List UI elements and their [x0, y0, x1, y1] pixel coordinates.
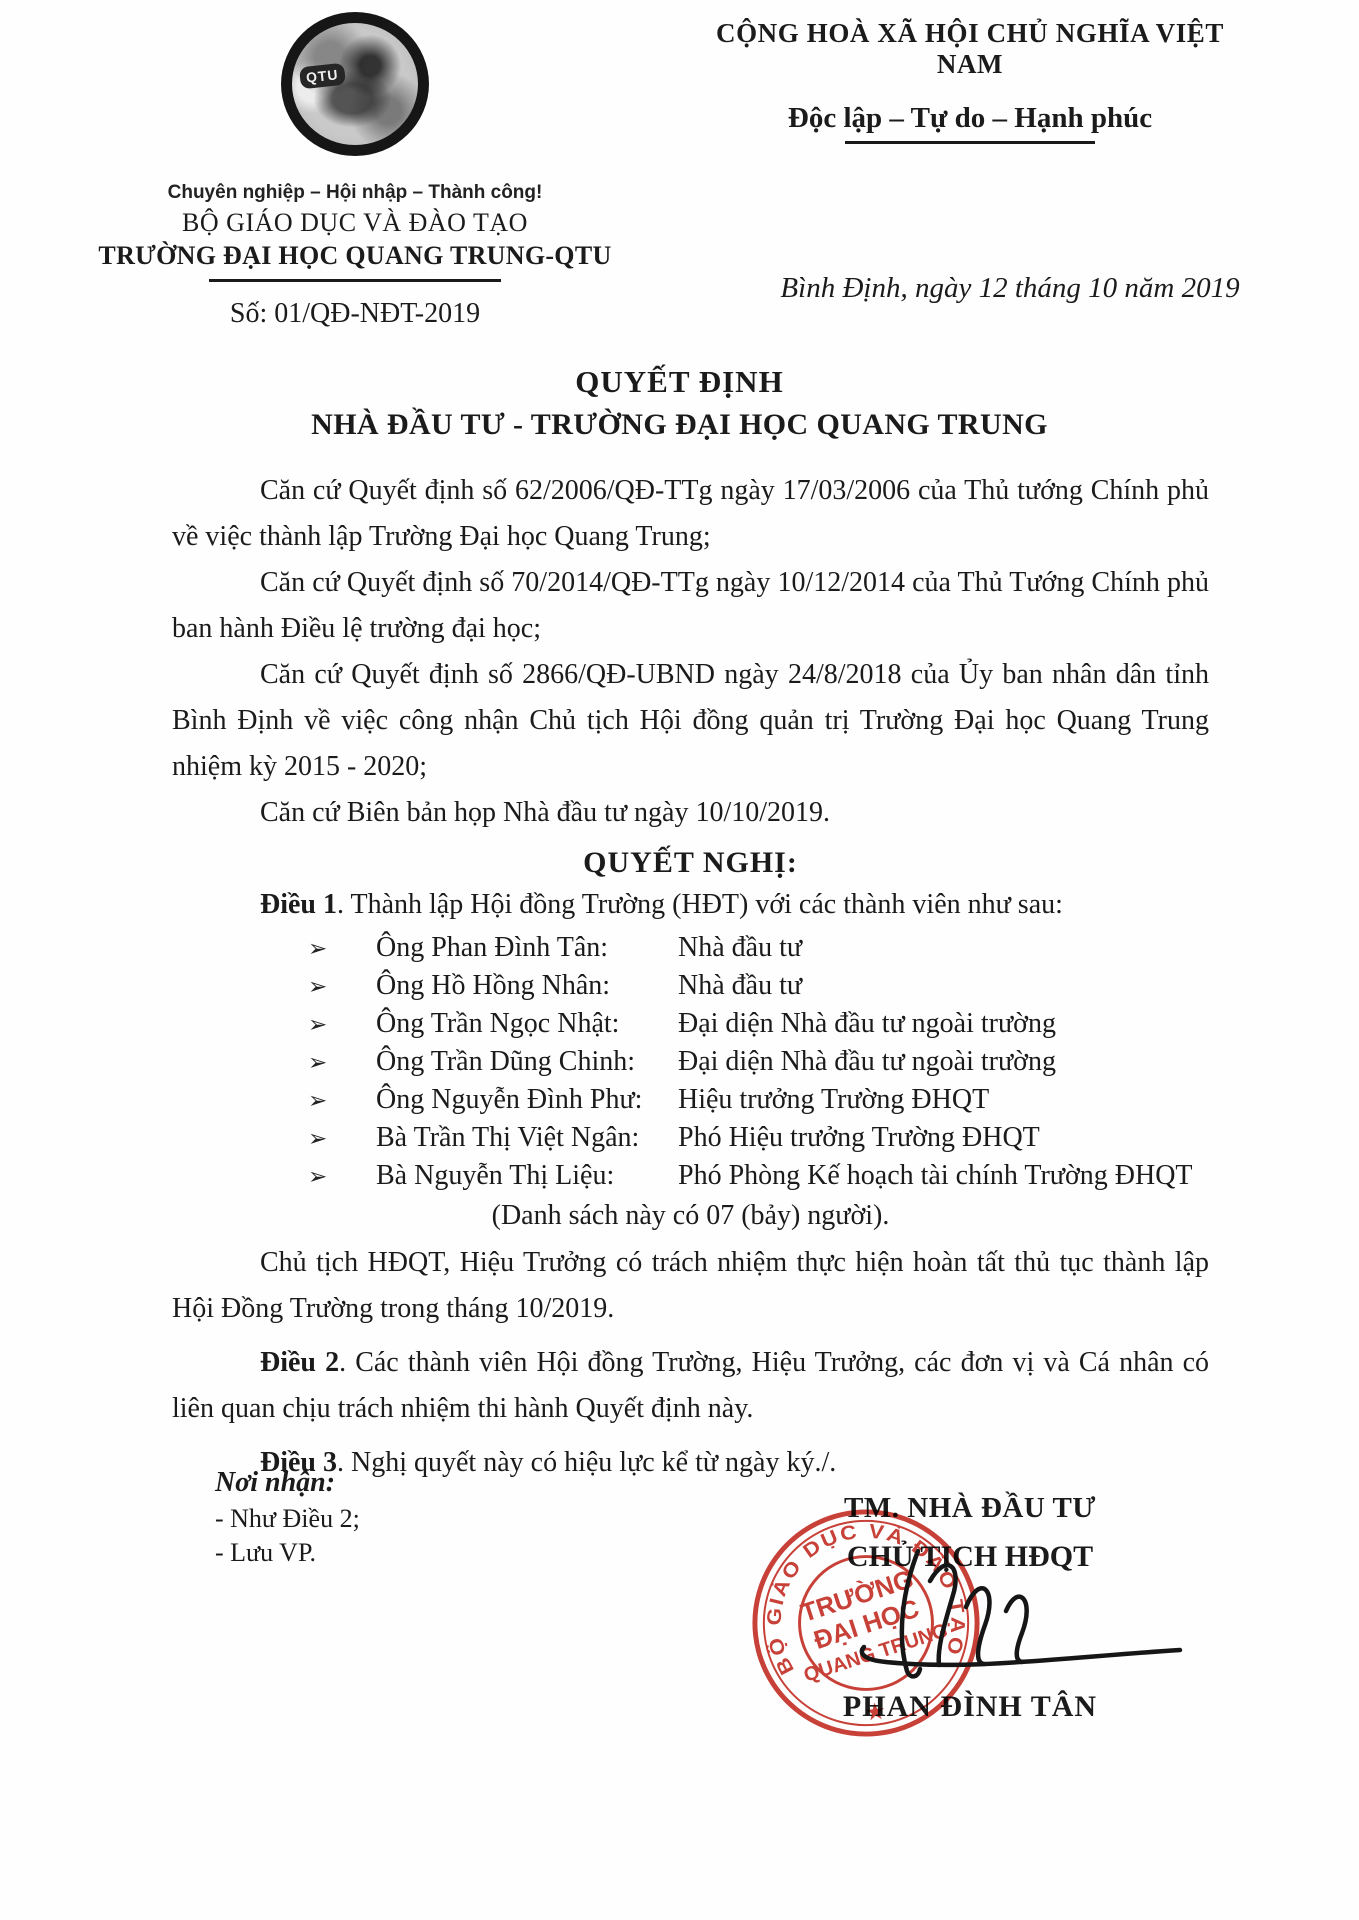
org-underline [209, 279, 501, 282]
preamble-paragraph: Căn cứ Quyết định số 2866/QĐ-UBND ngày 2… [172, 652, 1209, 790]
handwritten-signature [768, 1545, 1192, 1697]
member-role: Hiệu trưởng Trường ĐHQT [678, 1083, 1209, 1117]
arrow-bullet-icon: ➢ [308, 1122, 376, 1156]
arrow-bullet-icon: ➢ [308, 1008, 376, 1042]
motto-underline [845, 141, 1095, 144]
document-header: QTU Chuyên nghiệp – Hội nhập – Thành côn… [0, 0, 1359, 330]
member-role: Đại diện Nhà đầu tư ngoài trường [678, 1007, 1209, 1041]
article-2-label: Điều 2 [260, 1347, 339, 1378]
list-item: ➢ Ông Trần Ngọc Nhật: Đại diện Nhà đầu t… [308, 1007, 1209, 1042]
list-item: ➢ Ông Trần Dũng Chinh: Đại diện Nhà đầu … [308, 1045, 1209, 1080]
arrow-bullet-icon: ➢ [308, 1084, 376, 1118]
member-role: Phó Phòng Kế hoạch tài chính Trường ĐHQT [678, 1159, 1209, 1193]
list-item: ➢ Ông Phan Đình Tân: Nhà đầu tư [308, 931, 1209, 966]
title-line-1: QUYẾT ĐỊNH [0, 364, 1359, 400]
preamble-paragraph: Căn cứ Quyết định số 62/2006/QĐ-TTg ngày… [172, 468, 1209, 560]
member-name: Ông Hồ Hồng Nhân: [376, 969, 678, 1003]
university-logo: QTU [281, 12, 429, 156]
article-3-text: . Nghị quyết này có hiệu lực kể từ ngày … [337, 1447, 836, 1478]
stamp-star-icon: ★ [863, 1699, 887, 1727]
ministry-name: BỘ GIÁO DỤC VÀ ĐÀO TẠO [10, 208, 700, 238]
logo-qtu-label: QTU [299, 63, 346, 90]
list-item: ➢ Ông Hồ Hồng Nhân: Nhà đầu tư [308, 969, 1209, 1004]
document-body: Căn cứ Quyết định số 62/2006/QĐ-TTg ngày… [0, 442, 1359, 1486]
arrow-bullet-icon: ➢ [308, 970, 376, 1004]
title-line-2: NHÀ ĐẦU TƯ - TRƯỜNG ĐẠI HỌC QUANG TRUNG [0, 408, 1359, 442]
recipient-item: - Như Điều 2; [215, 1502, 360, 1536]
national-title: CỘNG HOÀ XÃ HỘI CHỦ NGHĨA VIỆT NAM [700, 18, 1240, 80]
member-name: Ông Trần Ngọc Nhật: [376, 1007, 678, 1041]
arrow-bullet-icon: ➢ [308, 932, 376, 966]
arrow-bullet-icon: ➢ [308, 1046, 376, 1080]
member-role: Đại diện Nhà đầu tư ngoài trường [678, 1045, 1209, 1079]
university-slogan: Chuyên nghiệp – Hội nhập – Thành công! [10, 182, 700, 204]
national-header-block: CỘNG HOÀ XÃ HỘI CHỦ NGHĨA VIỆT NAM Độc l… [700, 10, 1240, 330]
document-title: QUYẾT ĐỊNH NHÀ ĐẦU TƯ - TRƯỜNG ĐẠI HỌC Q… [0, 364, 1359, 442]
member-count-note: (Danh sách này có 07 (bảy) người). [172, 1200, 1209, 1232]
member-name: Bà Trần Thị Việt Ngân: [376, 1121, 678, 1155]
list-item: ➢ Ông Nguyễn Đình Phư: Hiệu trưởng Trườn… [308, 1083, 1209, 1118]
member-name: Ông Phan Đình Tân: [376, 931, 678, 965]
article-1-label: Điều 1 [260, 889, 337, 920]
university-name: TRƯỜNG ĐẠI HỌC QUANG TRUNG-QTU [10, 241, 700, 271]
member-list: ➢ Ông Phan Đình Tân: Nhà đầu tư ➢ Ông Hồ… [308, 931, 1209, 1194]
arrow-bullet-icon: ➢ [308, 1160, 376, 1194]
recipients-block: Nơi nhận: - Như Điều 2; - Lưu VP. [215, 1466, 360, 1570]
place-dateline: Bình Định, ngày 12 tháng 10 năm 2019 [700, 272, 1240, 305]
resolution-heading: QUYẾT NGHỊ: [172, 846, 1209, 880]
article-1-text: . Thành lập Hội đồng Trường (HĐT) với cá… [337, 889, 1063, 920]
member-role: Phó Hiệu trưởng Trường ĐHQT [678, 1121, 1209, 1155]
member-role: Nhà đầu tư [678, 931, 1209, 965]
member-name: Ông Nguyễn Đình Phư: [376, 1083, 678, 1117]
list-item: ➢ Bà Nguyễn Thị Liệu: Phó Phòng Kế hoạch… [308, 1159, 1209, 1194]
article-2: Điều 2. Các thành viên Hội đồng Trường, … [172, 1340, 1209, 1432]
document-number: Số: 01/QĐ-NĐT-2019 [10, 298, 700, 330]
list-item: ➢ Bà Trần Thị Việt Ngân: Phó Hiệu trưởng… [308, 1121, 1209, 1156]
preamble-paragraph: Căn cứ Biên bản họp Nhà đầu tư ngày 10/1… [172, 790, 1209, 836]
recipients-heading: Nơi nhận: [215, 1466, 360, 1500]
member-role: Nhà đầu tư [678, 969, 1209, 1003]
member-name: Bà Nguyễn Thị Liệu: [376, 1159, 678, 1193]
article-1: Điều 1. Thành lập Hội đồng Trường (HĐT) … [172, 882, 1209, 928]
preamble-paragraph: Căn cứ Quyết định số 70/2014/QĐ-TTg ngày… [172, 560, 1209, 652]
national-motto: Độc lập – Tự do – Hạnh phúc [700, 102, 1240, 135]
chairman-duty-paragraph: Chủ tịch HĐQT, Hiệu Trưởng có trách nhiệ… [172, 1240, 1209, 1332]
recipient-item: - Lưu VP. [215, 1536, 360, 1570]
scanned-decision-document: QTU Chuyên nghiệp – Hội nhập – Thành côn… [0, 0, 1359, 1920]
issuing-org-block: QTU Chuyên nghiệp – Hội nhập – Thành côn… [0, 10, 700, 330]
member-name: Ông Trần Dũng Chinh: [376, 1045, 678, 1079]
